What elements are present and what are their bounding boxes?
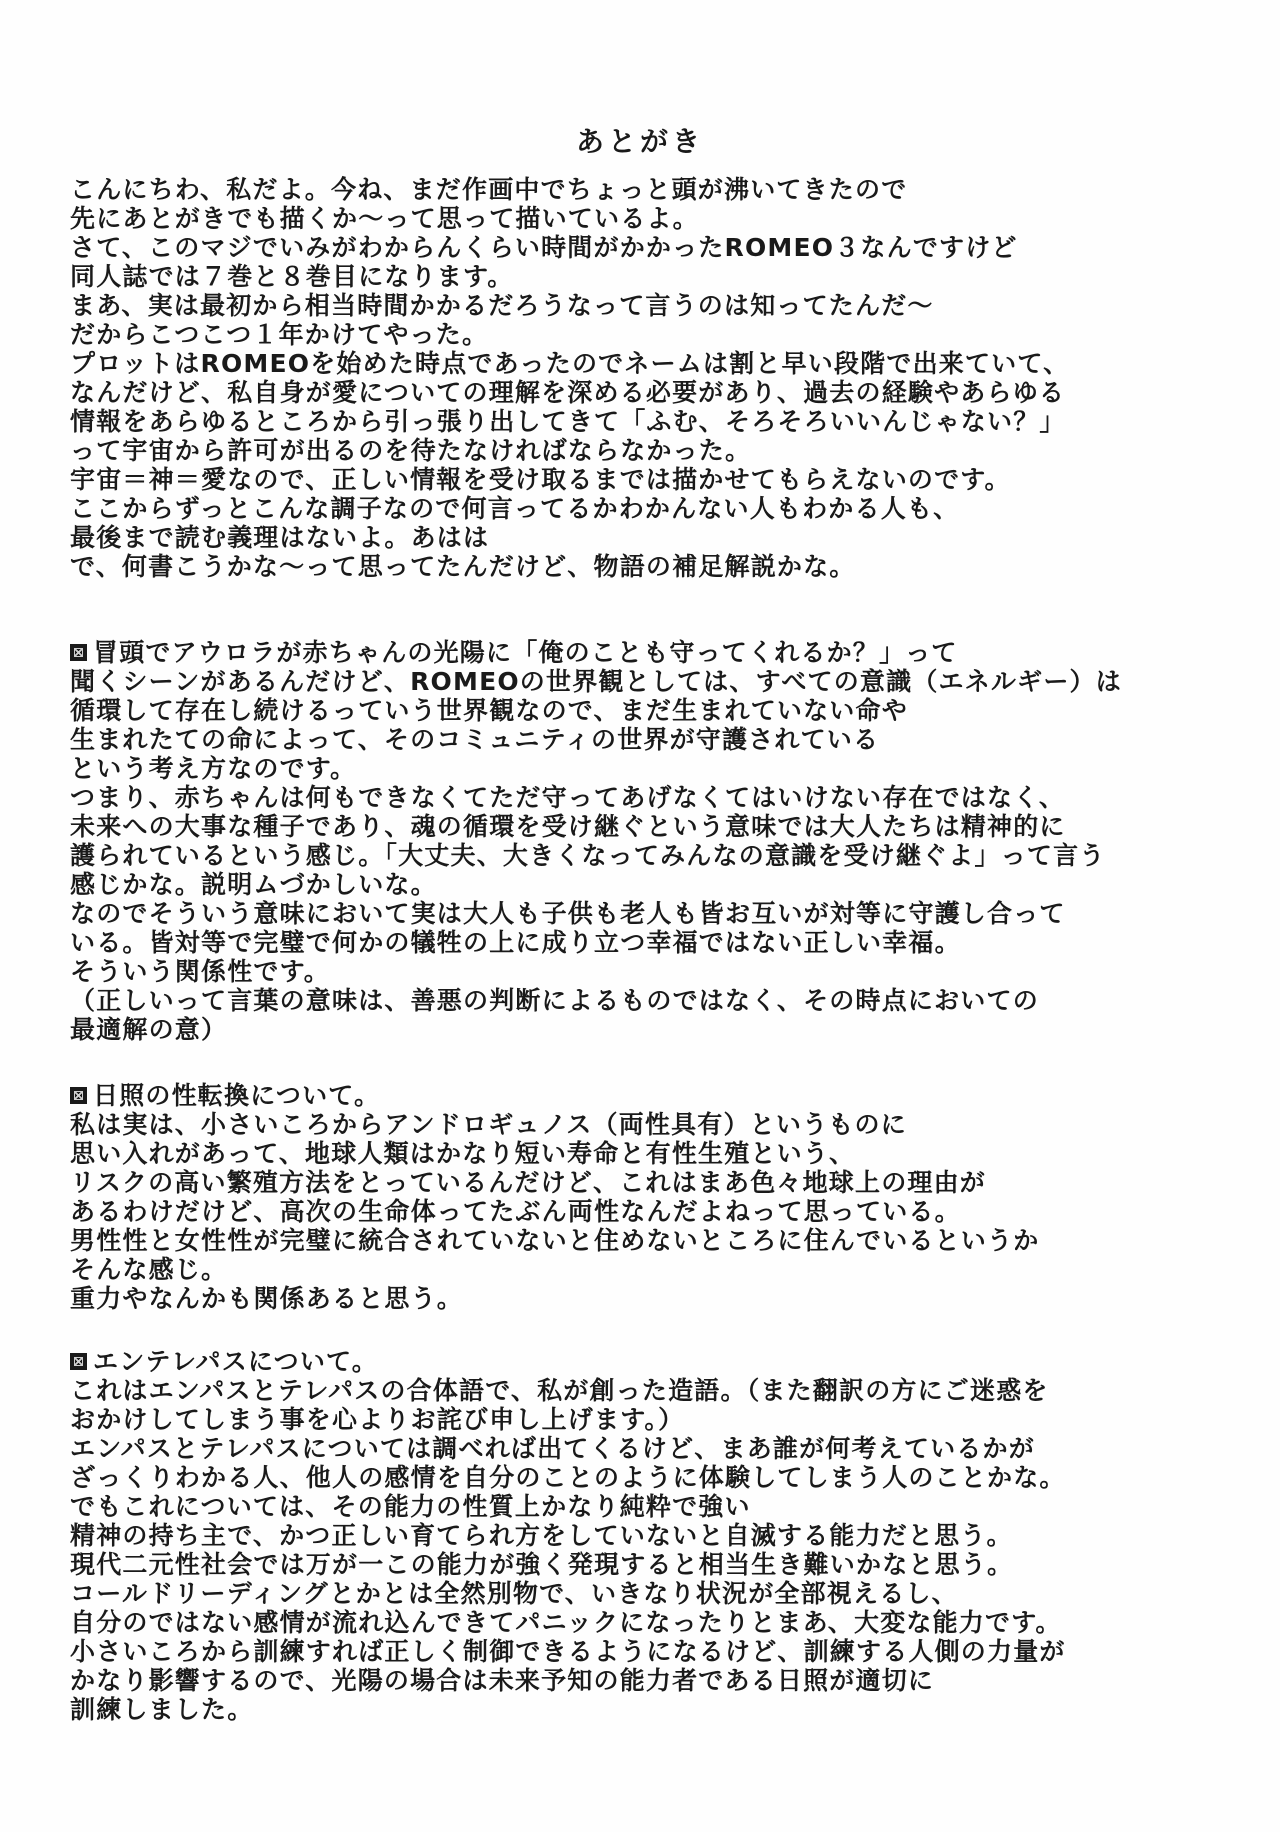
- section-heading-line: 日照の性転換について。: [70, 1081, 380, 1111]
- text-line: エンテレパスについて。: [93, 1347, 378, 1376]
- text-line: 重力やなんかも関係あると思う。: [70, 1284, 463, 1314]
- text-line: （正しいって言葉の意味は、善悪の判断によるものではなく、その時点においての: [70, 986, 1039, 1016]
- text-line: 感じかな。説明ムづかしいな。: [70, 870, 437, 900]
- text-line: 自分のではない感情が流れ込んできてパニックになったりとまあ、大変な能力です。: [70, 1608, 1062, 1638]
- text-line: 現代二元性社会では万が一この能力が強く発現すると相当生き難いかなと思う。: [70, 1550, 1013, 1580]
- checkbox-square-icon: [70, 1087, 87, 1104]
- text-line: という考え方なのです。: [70, 754, 356, 784]
- text-line: プロットはROMEOを始めた時点であったのでネームは割と早い段階で出来ていて、: [70, 349, 1069, 379]
- text-line: 私は実は、小さいころからアンドロギュノス（両性具有）というものに: [70, 1110, 907, 1140]
- text-line: 聞くシーンがあるんだけど、ROMEOの世界観としては、すべての意識（エネルギー）…: [70, 667, 1122, 697]
- text-line: 最後まで読む義理はないよ。あはは: [70, 523, 489, 553]
- text-line: 思い入れがあって、地球人類はかなり短い寿命と有性生殖という、: [70, 1139, 855, 1169]
- section-heading-line: エンテレパスについて。: [70, 1347, 378, 1377]
- text-line: 日照の性転換について。: [93, 1081, 380, 1110]
- text-line: だからこつこつ１年かけてやった。: [70, 320, 488, 350]
- text-line: そういう関係性です。: [70, 957, 330, 987]
- text-line: ざっくりわかる人、他人の感情を自分のことのように体験してしまう人のことかな。: [70, 1463, 1066, 1493]
- text-line: 冒頭でアウロラが赤ちゃんの光陽に「俺のことも守ってくれるか？」って: [93, 638, 958, 667]
- text-line: リスクの高い繁殖方法をとっているんだけど、これはまあ色々地球上の理由が: [70, 1168, 986, 1198]
- text-line: 先にあとがきでも描くか〜って思って描いているよ。: [70, 204, 699, 234]
- text-line: で、何書こうかな〜って思ってたんだけど、物語の補足解説かな。: [70, 552, 856, 582]
- text-line: 情報をあらゆるところから引っ張り出してきて「ふむ、そろそろいいんじゃない？」: [70, 407, 1066, 437]
- text-line: コールドリーディングとかとは全然別物で、いきなり状況が全部視えるし、: [70, 1579, 958, 1609]
- checkbox-square-icon: [70, 1353, 87, 1370]
- text-line: 宇宙＝神＝愛なので、正しい情報を受け取るまでは描かせてもらえないのです。: [70, 465, 1011, 495]
- text-line: ここからずっとこんな調子なので何言ってるかわかんない人もわかる人も、: [70, 494, 959, 524]
- page-title: あとがき: [0, 124, 1280, 160]
- text-line: つまり、赤ちゃんは何もできなくてただ守ってあげなくてはいけない存在ではなく、: [70, 783, 1065, 813]
- text-line: 男性性と女性性が完璧に統合されていないと住めないところに住んでいるというか: [70, 1226, 1039, 1256]
- text-line: 護られているという感じ。「大丈夫、大きくなってみんなの意識を受け継ぐよ」って言う: [70, 841, 1106, 871]
- text-line: まあ、実は最初から相当時間かかるだろうなって言うのは知ってたんだ〜: [70, 291, 934, 321]
- text-line: これはエンパスとテレパスの合体語で、私が創った造語。（また翻訳の方にご迷惑を: [70, 1376, 1049, 1406]
- text-line: エンパスとテレパスについては調べれば出てくるけど、まあ誰が何考えているかが: [70, 1434, 1035, 1464]
- text-line: なんだけど、私自身が愛についての理解を深める必要があり、過去の経験やあらゆる: [70, 378, 1065, 408]
- text-line: 最適解の意）: [70, 1015, 227, 1045]
- text-line: そんな感じ。: [70, 1255, 227, 1285]
- section-heading-line: 冒頭でアウロラが赤ちゃんの光陽に「俺のことも守ってくれるか？」って: [70, 638, 958, 668]
- checkbox-square-icon: [70, 644, 87, 661]
- afterword-page: あとがき こんにちわ、私だよ。今ね、まだ作画中でちょっと頭が沸いてきたので 先に…: [0, 0, 1280, 1832]
- text-line: 同人誌では７巻と８巻目になります。: [70, 262, 513, 292]
- text-line: 未来への大事な種子であり、魂の循環を受け継ぐという意味では大人たちは精神的に: [70, 812, 1066, 842]
- text-line: さて、このマジでいみがわからんくらい時間がかかったROMEO３なんですけど: [70, 233, 1018, 263]
- text-line: こんにちわ、私だよ。今ね、まだ作画中でちょっと頭が沸いてきたので: [70, 175, 907, 205]
- text-line: 訓練しました。: [70, 1695, 253, 1725]
- text-line: でもこれについては、その能力の性質上かなり純粋で強い: [70, 1492, 751, 1522]
- text-line: あるわけだけど、高次の生命体ってたぶん両性なんだよねって思っている。: [70, 1197, 961, 1227]
- text-line: なのでそういう意味において実は大人も子供も老人も皆お互いが対等に守護し合って: [70, 899, 1066, 929]
- text-line: 循環して存在し続けるっていう世界観なので、まだ生まれていない命や: [70, 696, 908, 726]
- text-line: 精神の持ち主で、かつ正しい育てられ方をしていないと自滅する能力だと思う。: [70, 1521, 1013, 1551]
- text-line: かなり影響するので、光陽の場合は未来予知の能力者である日照が適切に: [70, 1666, 934, 1696]
- text-line: って宇宙から許可が出るのを待たなければならなかった。: [70, 436, 751, 466]
- text-line: いる。皆対等で完璧で何かの犠牲の上に成り立つ幸福ではない正しい幸福。: [70, 928, 961, 958]
- text-line: 小さいころから訓練すれば正しく制御できるようになるけど、訓練する人側の力量が: [70, 1637, 1066, 1667]
- text-line: おかけしてしまう事を心よりお詫び申し上げます。）: [70, 1405, 684, 1435]
- text-line: 生まれたての命によって、そのコミュニティの世界が守護されている: [70, 725, 879, 755]
